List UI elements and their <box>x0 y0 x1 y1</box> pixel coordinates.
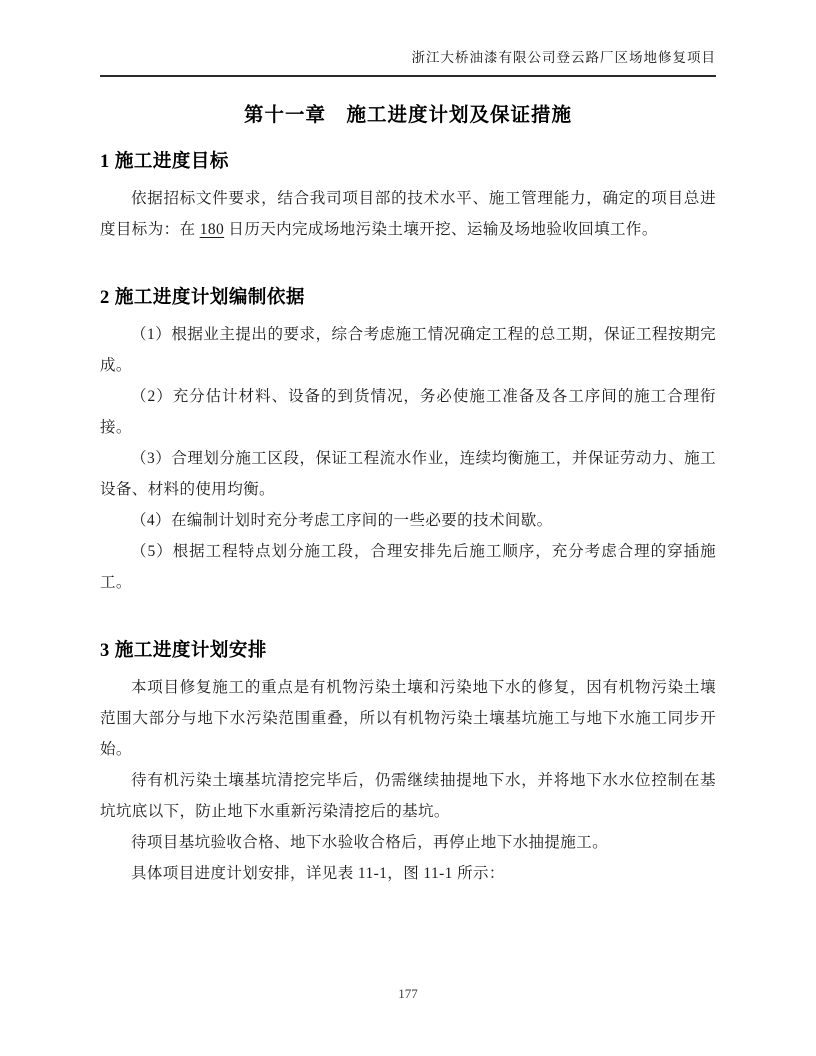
page-header: 浙江大桥油漆有限公司登云路厂区场地修复项目 <box>100 46 716 77</box>
section-1-heading: 1 施工进度目标 <box>100 147 716 173</box>
section-1-paragraph: 依据招标文件要求，结合我司项目部的技术水平、施工管理能力，确定的项目总进度目标为… <box>100 183 716 245</box>
section-2-heading: 2 施工进度计划编制依据 <box>100 283 716 309</box>
section-1-paragraph-after: 日历天内完成场地污染土壤开挖、运输及场地验收回填工作。 <box>224 221 658 238</box>
list-item-1: （1）根据业主提出的要求，综合考虑施工情况确定工程的总工期，保证工程按期完成。 <box>100 319 716 381</box>
section-3-paragraph-2: 待有机污染土壤基坑清挖完毕后，仍需继续抽提地下水，并将地下水水位控制在基坑坑底以… <box>100 765 716 827</box>
document-page: 浙江大桥油漆有限公司登云路厂区场地修复项目 第十一章 施工进度计划及保证措施 1… <box>0 0 816 1056</box>
list-item-2: （2）充分估计材料、设备的到货情况，务必使施工准备及各工序间的施工合理衔接。 <box>100 381 716 443</box>
page-number: 177 <box>398 986 418 1001</box>
page-footer: 177 <box>0 986 816 1002</box>
list-item-4: （4）在编制计划时充分考虑工序间的一些必要的技术间歇。 <box>100 505 716 536</box>
section-3-paragraph-1: 本项目修复施工的重点是有机物污染土壤和污染地下水的修复，因有机物污染土壤范围大部… <box>100 672 716 765</box>
section-3-paragraph-4: 具体项目进度计划安排，详见表 11-1，图 11-1 所示： <box>100 858 716 889</box>
list-item-5: （5）根据工程特点划分施工段，合理安排先后施工顺序，充分考虑合理的穿插施工。 <box>100 536 716 598</box>
list-item-3: （3）合理划分施工区段，保证工程流水作业，连续均衡施工，并保证劳动力、施工设备、… <box>100 443 716 505</box>
section-3-paragraph-3: 待项目基坑验收合格、地下水验收合格后，再停止地下水抽提施工。 <box>100 827 716 858</box>
page-header-text: 浙江大桥油漆有限公司登云路厂区场地修复项目 <box>412 50 717 65</box>
underlined-duration-days: 180 <box>200 221 224 238</box>
chapter-title: 第十一章 施工进度计划及保证措施 <box>100 99 716 127</box>
section-3-heading: 3 施工进度计划安排 <box>100 636 716 662</box>
page-content: 浙江大桥油漆有限公司登云路厂区场地修复项目 第十一章 施工进度计划及保证措施 1… <box>0 46 816 889</box>
